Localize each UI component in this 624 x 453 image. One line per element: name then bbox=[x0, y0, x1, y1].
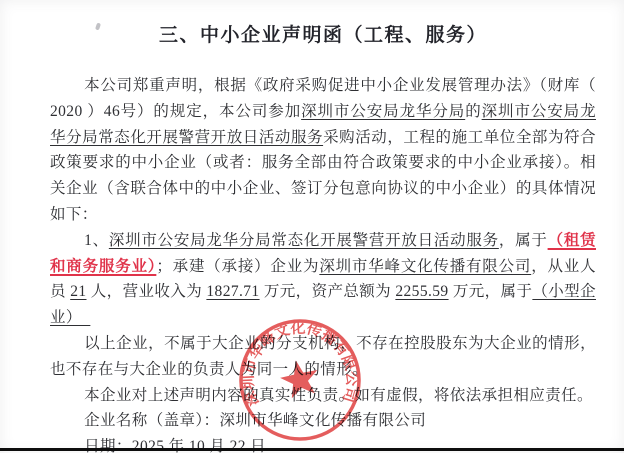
scan-edge-line bbox=[0, 448, 624, 451]
paragraph-item-1: 1、深圳市公安局龙华分局常态化开展警营开放日活动服务，属于（租赁和商务服务业）；… bbox=[50, 228, 596, 331]
text-run: 深圳市公安局龙华分局 bbox=[301, 103, 465, 120]
text-run: 2255.59 bbox=[395, 283, 448, 300]
paragraph-intro: 本公司郑重声明，根据《政府采购促进中小企业发展管理办法》（财库（ 2020 ）4… bbox=[50, 73, 596, 228]
text-run: 的 bbox=[465, 103, 481, 120]
text-run: 企业名称（盖章）：深圳市华峰文化传播有限公司 bbox=[84, 412, 426, 429]
document-paragraphs: 本公司郑重声明，根据《政府采购促进中小企业发展管理办法》（财库（ 2020 ）4… bbox=[50, 73, 596, 453]
scanned-document-page: 三、中小企业声明函（工程、服务） 本公司郑重声明，根据《政府采购促进中小企业发展… bbox=[0, 0, 624, 453]
text-run: 1、 bbox=[84, 232, 109, 249]
text-run: 以上企业，不属于大企业的分支机构，不存在控股股东为大企业的情形，也不存在与大企业… bbox=[50, 335, 596, 378]
paragraph-company-name-line: 企业名称（盖章）：深圳市华峰文化传播有限公司 bbox=[50, 408, 596, 434]
text-run: ；承建（承接）企业为 bbox=[156, 258, 319, 275]
text-run: 21 bbox=[70, 283, 86, 300]
paragraph-no-big-enterprise: 以上企业，不属于大企业的分支机构，不存在控股股东为大企业的情形，也不存在与大企业… bbox=[50, 331, 596, 383]
paragraph-responsibility: 本企业对上述声明内容的真实性负责。如有虚假，将依法承担相应责任。 bbox=[50, 383, 596, 409]
text-run: 1827.71 bbox=[206, 283, 259, 300]
text-run: ，属于 bbox=[499, 232, 548, 249]
text-run: 万元，属于 bbox=[449, 283, 533, 300]
text-run: 本企业对上述声明内容的真实性负责。如有虚假，将依法承担相应责任。 bbox=[84, 387, 593, 404]
text-run: 深圳市华峰文化传播有限公司 bbox=[319, 258, 531, 275]
text-run: 万元，资产总额为 bbox=[260, 283, 396, 300]
text-run: 人，营业收入为 bbox=[87, 283, 207, 300]
text-run: 深圳市公安局龙华分局常态化开展警营开放日活动服务 bbox=[109, 232, 499, 249]
document-title: 三、中小企业声明函（工程、服务） bbox=[50, 20, 596, 47]
